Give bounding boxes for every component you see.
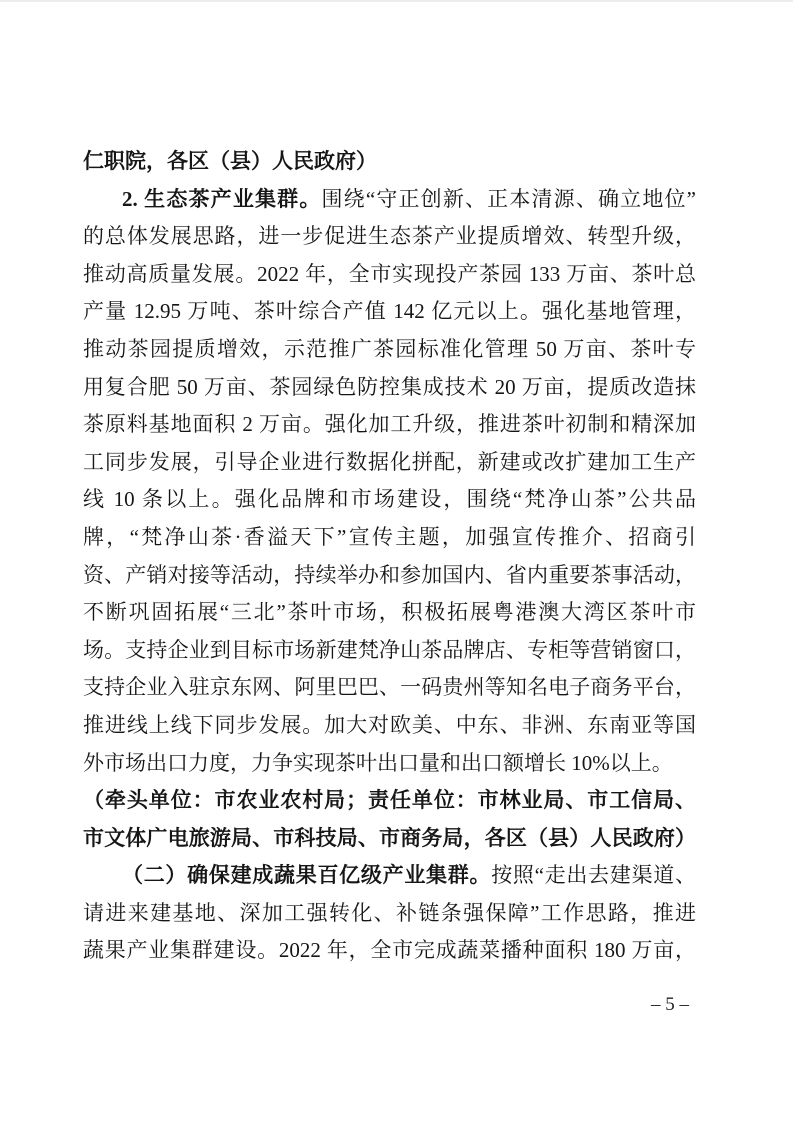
text-line: 2. 生态茶产业集群。围绕“守正创新、正本清源、确立地位” xyxy=(83,181,696,219)
body-text: 工同步发展，引导企业进行数据化拼配，新建或改扩建加工生产 xyxy=(83,450,696,474)
text-line: 推进线上线下同步发展。加大对欧美、中东、非洲、东南亚等国 xyxy=(83,707,696,745)
body-text: 围绕“守正创新、正本清源、确立地位” xyxy=(322,187,696,211)
body-text: 蔬果产业集群建设。2022 年，全市完成蔬菜播种面积 180 万亩， xyxy=(83,938,696,962)
body-text: 外市场出口力度，力争实现茶叶出口量和出口额增长 10%以上。 xyxy=(83,751,673,775)
text-line: 工同步发展，引导企业进行数据化拼配，新建或改扩建加工生产 xyxy=(83,444,696,482)
kai-bold-text: （二）确保建成蔬果百亿级产业集群。 xyxy=(122,863,491,887)
body-text: 支持企业入驻京东网、阿里巴巴、一码贵州等知名电子商务平台， xyxy=(83,675,696,699)
text-line: 请进来建基地、深加工强转化、补链条强保障”工作思路，推进 xyxy=(83,895,696,933)
text-line: （二）确保建成蔬果百亿级产业集群。按照“走出去建渠道、 xyxy=(83,857,696,895)
body-text: 茶原料基地面积 2 万亩。强化加工升级，推进茶叶初制和精深加 xyxy=(83,412,696,436)
text-line: 资、产销对接等活动，持续举办和参加国内、省内重要茶事活动， xyxy=(83,557,696,595)
text-line: 用复合肥 50 万亩、茶园绿色防控集成技术 20 万亩，提质改造抹 xyxy=(83,369,696,407)
song-bold-text: 2. 生态茶产业集群。 xyxy=(122,187,322,211)
document-body: 仁职院，各区（县）人民政府）2. 生态茶产业集群。围绕“守正创新、正本清源、确立… xyxy=(83,143,696,970)
hei-text: 市文体广电旅游局、市科技局、市商务局，各区（县）人民政府） xyxy=(83,827,696,850)
body-text: 推进线上线下同步发展。加大对欧美、中东、非洲、东南亚等国 xyxy=(83,713,696,737)
text-line: 支持企业入驻京东网、阿里巴巴、一码贵州等知名电子商务平台， xyxy=(83,669,696,707)
body-text: 推动高质量发展。2022 年，全市实现投产茶园 133 万亩、茶叶总 xyxy=(83,262,696,286)
text-line: 牌，“梵净山茶·香溢天下”宣传主题，加强宣传推介、招商引 xyxy=(83,519,696,557)
page-top-edge xyxy=(0,0,793,2)
hei-text: （牵头单位：市农业农村局；责任单位：市林业局、市工信局、 xyxy=(83,789,696,812)
page-footer: – 5 – xyxy=(604,993,736,1017)
body-text: 的总体发展思路，进一步促进生态茶产业提质增效、转型升级， xyxy=(83,224,696,248)
body-text: 资、产销对接等活动，持续举办和参加国内、省内重要茶事活动， xyxy=(83,563,696,587)
text-line: 的总体发展思路，进一步促进生态茶产业提质增效、转型升级， xyxy=(83,218,696,256)
body-text: 用复合肥 50 万亩、茶园绿色防控集成技术 20 万亩，提质改造抹 xyxy=(83,375,696,399)
body-text: 请进来建基地、深加工强转化、补链条强保障”工作思路，推进 xyxy=(83,901,696,925)
text-line: 推动茶园提质增效，示范推广茶园标准化管理 50 万亩、茶叶专 xyxy=(83,331,696,369)
text-line: （牵头单位：市农业农村局；责任单位：市林业局、市工信局、 xyxy=(83,782,696,820)
text-line: 仁职院，各区（县）人民政府） xyxy=(83,143,696,181)
page-number: – 5 – xyxy=(651,994,689,1015)
body-text: 线 10 条以上。强化品牌和市场建设，围绕“梵净山茶”公共品 xyxy=(83,487,696,511)
text-line: 线 10 条以上。强化品牌和市场建设，围绕“梵净山茶”公共品 xyxy=(83,481,696,519)
text-line: 蔬果产业集群建设。2022 年，全市完成蔬菜播种面积 180 万亩， xyxy=(83,932,696,970)
text-line: 场。支持企业到目标市场新建梵净山茶品牌店、专柜等营销窗口， xyxy=(83,632,696,670)
body-text: 场。支持企业到目标市场新建梵净山茶品牌店、专柜等营销窗口， xyxy=(83,638,696,662)
text-line: 产量 12.95 万吨、茶叶综合产值 142 亿元以上。强化基地管理， xyxy=(83,293,696,331)
text-line: 推动高质量发展。2022 年，全市实现投产茶园 133 万亩、茶叶总 xyxy=(83,256,696,294)
body-text: 产量 12.95 万吨、茶叶综合产值 142 亿元以上。强化基地管理， xyxy=(83,299,696,323)
text-line: 茶原料基地面积 2 万亩。强化加工升级，推进茶叶初制和精深加 xyxy=(83,406,696,444)
body-text: 牌，“梵净山茶·香溢天下”宣传主题，加强宣传推介、招商引 xyxy=(83,525,696,549)
body-text: 不断巩固拓展“三北”茶叶市场，积极拓展粤港澳大湾区茶叶市 xyxy=(83,600,696,624)
body-text: 按照“走出去建渠道、 xyxy=(491,863,696,887)
hei-text: 仁职院，各区（县）人民政府） xyxy=(83,150,377,173)
text-line: 外市场出口力度，力争实现茶叶出口量和出口额增长 10%以上。 xyxy=(83,745,696,783)
text-line: 不断巩固拓展“三北”茶叶市场，积极拓展粤港澳大湾区茶叶市 xyxy=(83,594,696,632)
body-text: 推动茶园提质增效，示范推广茶园标准化管理 50 万亩、茶叶专 xyxy=(83,337,696,361)
text-line: 市文体广电旅游局、市科技局、市商务局，各区（县）人民政府） xyxy=(83,820,696,858)
document-page: { "page": { "background_color": "#ffffff… xyxy=(0,0,793,1122)
